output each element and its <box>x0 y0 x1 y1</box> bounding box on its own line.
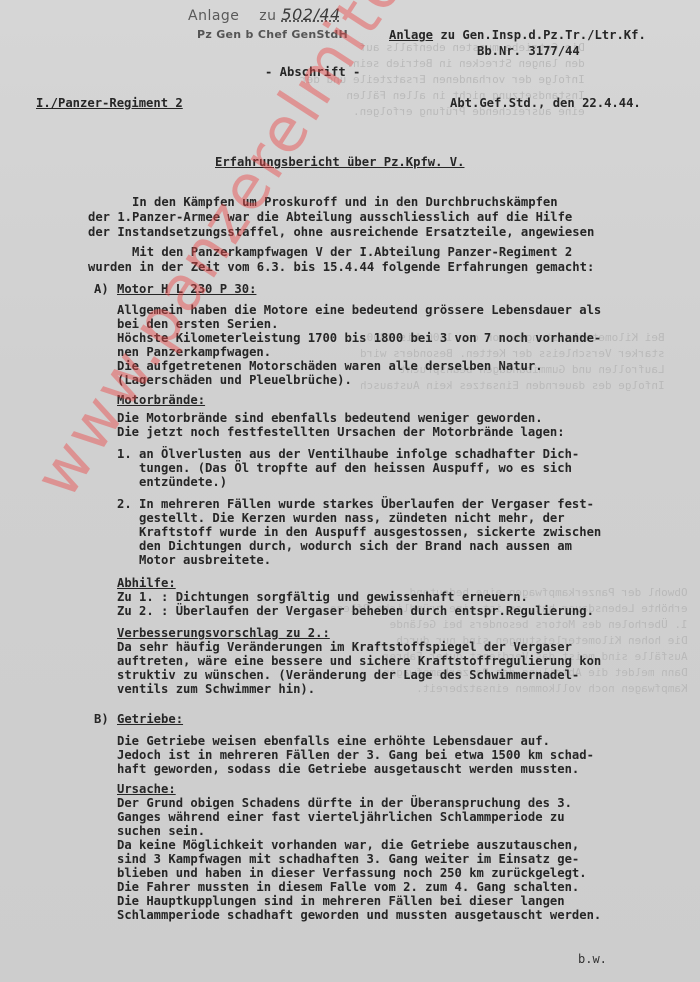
attachment-label: Anlage <box>389 28 433 42</box>
remedy-item: Zu 2. : Überlaufen der Vergaser beheben … <box>117 604 594 619</box>
improvement-text: Da sehr häufig Veränderungen im Kraftsto… <box>117 640 572 655</box>
fires-text: Die jetzt noch festfestellten Ursachen d… <box>117 425 565 440</box>
cause-text: blieben und haben in dieser Verfassung n… <box>117 866 587 881</box>
improvement-text: struktiv zu wünschen. (Veränderung der L… <box>117 668 579 683</box>
improvement-text: auftreten, wäre eine bessere und sichere… <box>117 654 601 669</box>
section-b-text: haft geworden, sodass die Getriebe ausge… <box>117 762 579 777</box>
intro-line: wurden in der Zeit vom 6.3. bis 15.4.44 … <box>88 260 594 275</box>
handwritten-annotation: Anlage zu 502/44 <box>188 5 341 24</box>
unit-name: I./Panzer-Regiment 2 <box>36 96 183 111</box>
section-a-text: Allgemein haben die Motore eine bedeuten… <box>117 303 601 318</box>
remedy-item: Zu 1. : Dichtungen sorgfältig und gewiss… <box>117 590 528 605</box>
section-a-label: A) <box>94 282 109 297</box>
handwritten-prefix: Anlage <box>188 8 239 24</box>
section-a-text: Die aufgetretenen Motorschäden waren all… <box>117 359 543 374</box>
place-date: Abt.Gef.Std., den 22.4.44. <box>450 96 641 111</box>
handwritten-zu: zu <box>259 8 276 24</box>
fires-heading: Motorbrände: <box>117 393 205 408</box>
section-b-text: Jedoch ist in mehreren Fällen der 3. Gan… <box>117 748 594 763</box>
cause-heading: Ursache: <box>117 782 176 797</box>
section-a-text: (Lagerschäden und Pleuelbrüche). <box>117 373 352 388</box>
fires-text: Die Motorbrände sind ebenfalls bedeutend… <box>117 411 543 426</box>
improvement-text: ventils zum Schwimmer hin). <box>117 682 315 697</box>
office-stamp: Pz Gen b Chef GenStdH <box>197 28 348 41</box>
cause-1: entzündete.) <box>117 475 227 490</box>
handwritten-number: 502/44 <box>281 5 340 24</box>
intro-line: der Instandsetzungsstaffel, ohne ausreic… <box>88 225 594 240</box>
cause-text: Ganges während einer fast vierteljährlic… <box>117 810 565 825</box>
cause-2: Motor ausbreitete. <box>117 553 271 568</box>
section-b-text: Die Getriebe weisen ebenfalls eine erhöh… <box>117 734 550 749</box>
remedy-heading: Abhilfe: <box>117 576 176 591</box>
section-a-text: nen Panzerkampfwagen. <box>117 345 271 360</box>
improvement-heading: Verbesserungsvorschlag zu 2.: <box>117 626 330 641</box>
cause-1: tungen. (Das Öl tropfte auf den heissen … <box>117 461 572 476</box>
section-b-heading: Getriebe: <box>117 712 183 727</box>
intro-line: Mit den Panzerkampfwagen V der I.Abteilu… <box>88 245 572 260</box>
cause-2: Kraftstoff wurde in den Auspuff ausgesto… <box>117 525 601 540</box>
intro-line: In den Kämpfen um Proskuroff und in den … <box>88 195 558 210</box>
section-a-text: bei den ersten Serien. <box>117 317 278 332</box>
cause-text: suchen sein. <box>117 824 205 839</box>
attachment-recipient: zu Gen.Insp.d.Pz.Tr./Ltr.Kf. <box>433 28 646 42</box>
cause-text: Schlammperiode schadhaft geworden und mu… <box>117 908 601 923</box>
continued-overleaf-marker: b.w. <box>578 952 607 966</box>
cause-text: Da keine Möglichkeit vorhanden war, die … <box>117 838 579 853</box>
reference-number: Bb.Nr. 3177/44 <box>477 44 580 59</box>
cause-1: 1. an Ölverlusten aus der Ventilhaube in… <box>117 447 579 462</box>
section-a-text: Höchste Kilometerleistung 1700 bis 1800 … <box>117 331 601 346</box>
cause-text: sind 3 Kampfwagen mit schadhaften 3. Gan… <box>117 852 579 867</box>
cause-2: gestellt. Die Kerzen wurden nass, zündet… <box>117 511 565 526</box>
cause-2: den Dichtungen durch, wodurch sich der B… <box>117 539 572 554</box>
copy-label: - Abschrift - <box>265 65 360 80</box>
section-b-label: B) <box>94 712 109 727</box>
cause-text: Der Grund obigen Schadens dürfte in der … <box>117 796 572 811</box>
document-title: Erfahrungsbericht über Pz.Kpfw. V. <box>215 155 464 170</box>
cause-text: Die Fahrer mussten in diesem Falle vom 2… <box>117 880 579 895</box>
intro-line: der 1.Panzer-Armee war die Abteilung aus… <box>88 210 572 225</box>
cause-2: 2. In mehreren Fällen wurde starkes Über… <box>117 497 594 512</box>
attachment-reference: Anlage zu Gen.Insp.d.Pz.Tr./Ltr.Kf. <box>389 28 646 43</box>
cause-text: Die Hauptkupplungen sind in mehreren Fäl… <box>117 894 565 909</box>
section-a-heading: Motor H L 230 P 30: <box>117 282 256 297</box>
document-page: Die Getriebe mussten ebenfalls auf den l… <box>0 0 700 982</box>
